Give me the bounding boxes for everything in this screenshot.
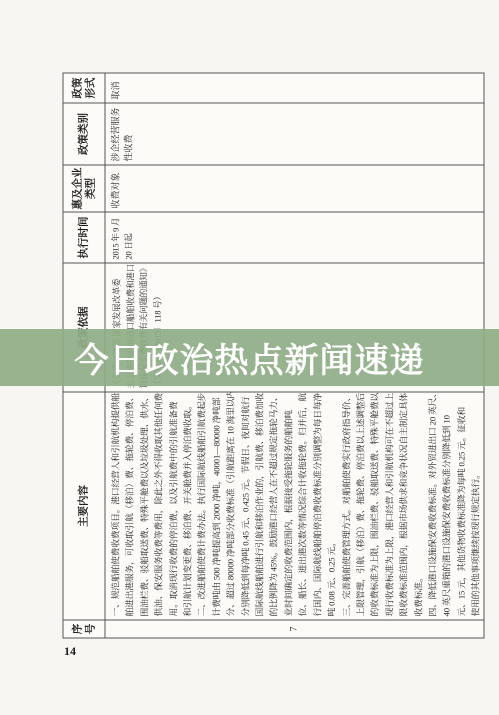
page-number: 14 bbox=[64, 644, 76, 659]
header-zhuyao-neirong: 主要内容 bbox=[63, 392, 105, 620]
header-huiji-qiye-leixing: 惠及企业类型 bbox=[63, 165, 105, 212]
cell-xuhao: 7 bbox=[105, 620, 484, 638]
header-zhengce-xingshi: 政策形式 bbox=[63, 73, 105, 103]
header-xuhao: 序号 bbox=[63, 620, 105, 638]
header-zhixing-shijian: 执行时间 bbox=[63, 212, 105, 263]
banner-title: 今日政治热点新闻速递 bbox=[75, 333, 425, 382]
cell-zhengce-leibie: 涉企经营服务性收费 bbox=[105, 103, 484, 165]
cell-zhengce-xingshi: 取消 bbox=[105, 73, 484, 103]
cell-zhuyao-neirong: 一、规范船舶使费收费项目。港口经营人和引航机构提供船舶进出港服务，可收取引航（移… bbox=[105, 392, 484, 620]
header-zhengce-leibie: 政策类别 bbox=[63, 103, 105, 165]
cell-zhixing-shijian: 2015 年 9 月20 日起 bbox=[105, 212, 484, 263]
cell-huiji-qiye-leixing: 收费对象 bbox=[105, 165, 484, 212]
news-banner: 今日政治热点新闻速递 bbox=[0, 329, 499, 386]
document-page: 序号 主要内容 政策依据 执行时间 惠及企业类型 政策类别 政策形式 7 一、规… bbox=[0, 0, 499, 715]
